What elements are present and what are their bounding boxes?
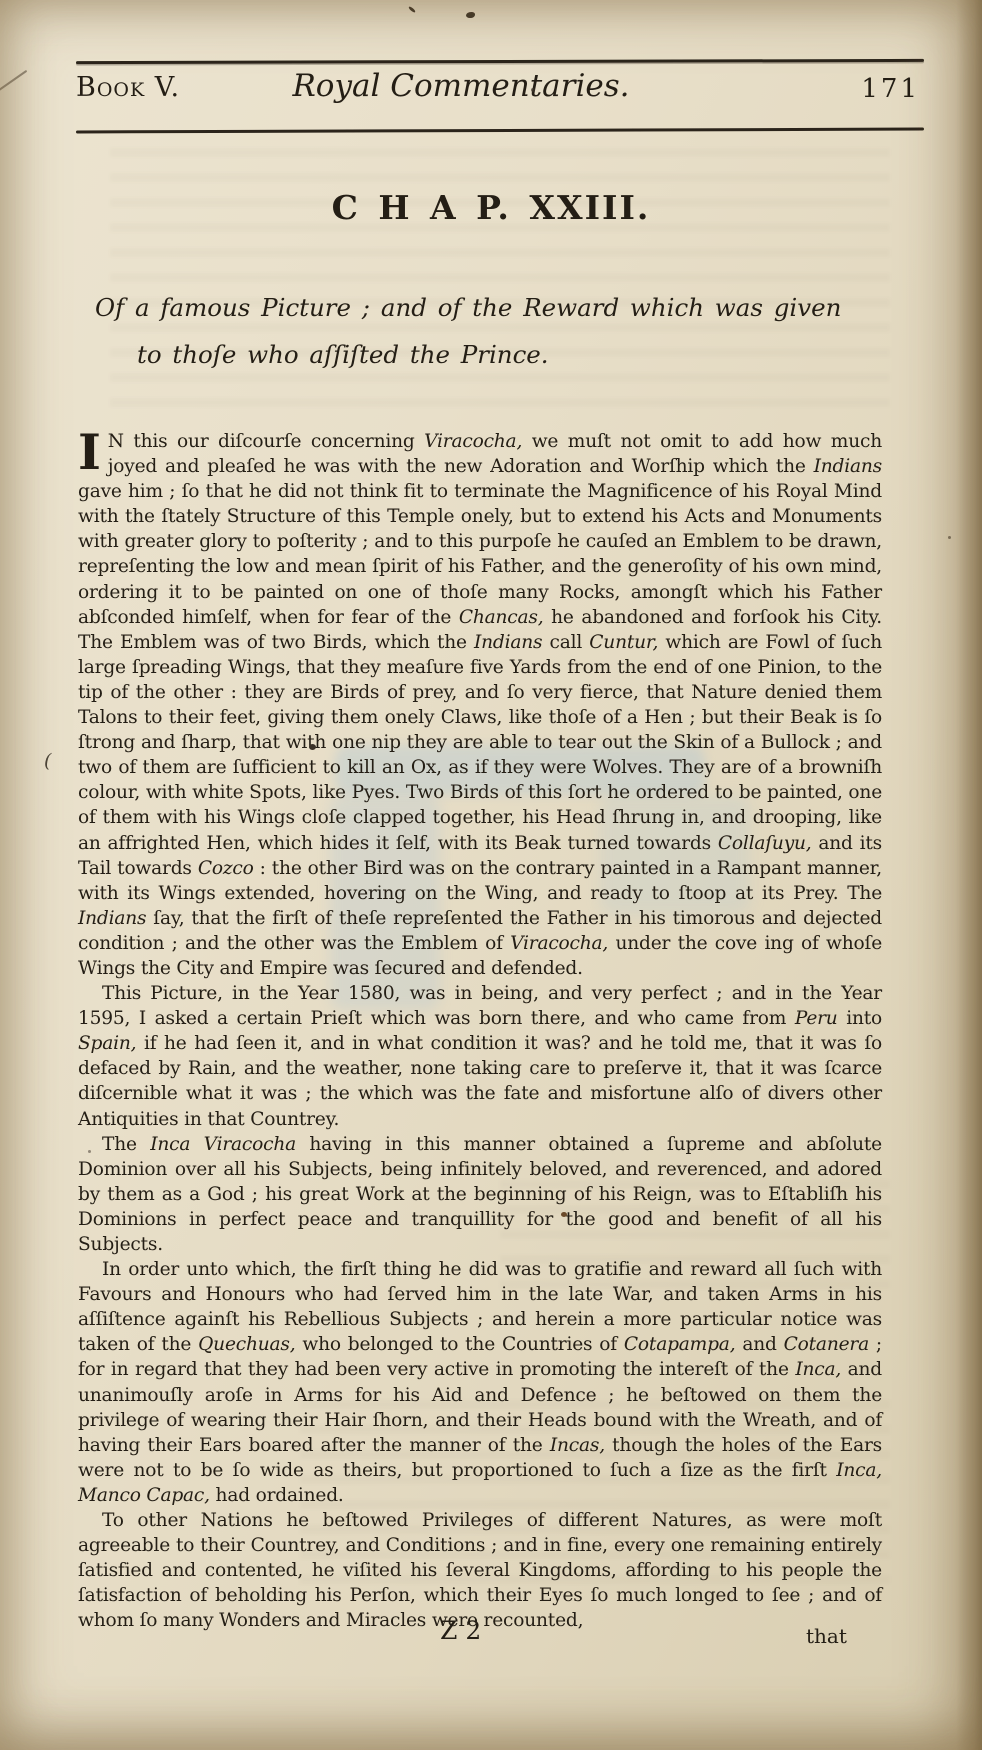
header-top-rule [76, 59, 924, 64]
paragraph: IN this our diſcourſe concerning Viracoc… [78, 429, 882, 981]
signature-mark: Z 2 [440, 1616, 481, 1645]
ink-speck [948, 536, 951, 539]
catchword: that [806, 1624, 847, 1648]
chapter-heading: C H A P. XXIII. [0, 188, 982, 227]
margin-mark: ( [44, 750, 51, 772]
ink-speck [561, 1212, 567, 1217]
header-bottom-rule [76, 128, 924, 134]
paragraph: In order unto which, the firſt thing he … [78, 1257, 882, 1508]
paragraph: This Picture, in the Year 1580, was in b… [78, 981, 882, 1132]
ink-speck [408, 6, 416, 13]
ink-speck [309, 744, 316, 750]
paragraph: To other Nations he beſtowed Privileges … [78, 1508, 882, 1633]
body-text: IN this our diſcourſe concerning Viracoc… [78, 429, 882, 1634]
page-edge-shadow [956, 0, 982, 1750]
running-header-title: Royal Commentaries. [0, 68, 922, 104]
ink-speck [88, 1150, 91, 1153]
ink-speck [466, 12, 475, 18]
ink-speck [531, 88, 535, 92]
chapter-subtitle-line2: to thoſe who aſſiſted the Prince. [137, 340, 549, 369]
page-number: 171 [861, 74, 920, 104]
chapter-subtitle-line1: Of a famous Picture ; and of the Reward … [95, 293, 841, 322]
paragraph: The Inca Viracocha having in this manner… [78, 1132, 882, 1257]
drop-cap: I [78, 429, 108, 473]
book-page-scan: Book V. Royal Commentaries. 171 C H A P.… [0, 0, 982, 1750]
